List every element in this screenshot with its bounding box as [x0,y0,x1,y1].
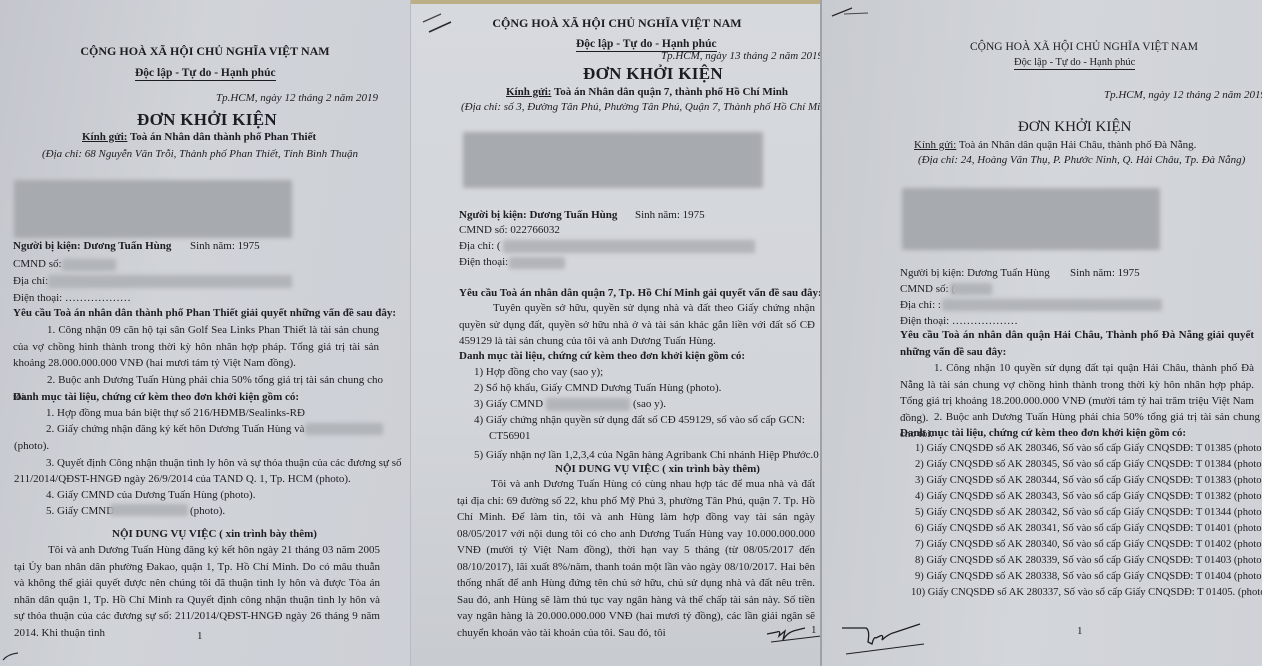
recipient-court: Toà án Nhân dân quận 7, thành phố Hồ Chí… [551,86,788,98]
attachment-item: 6) Giấy CNQSDĐ số AK 280341, Số vào sổ c… [915,521,1262,537]
page-number: 1 [1077,625,1083,637]
attachments-heading: Danh mục tài liệu, chứng cứ kèm theo đơn… [13,389,299,405]
redacted-phone [509,257,565,269]
redacted-cmnd-owner [110,504,188,516]
content-heading: NỘI DUNG VỤ VIỆC ( xin trình bày thêm) [555,461,760,477]
defendant-name: Người bị kiện: Dương Tuấn Hùng [900,265,1050,281]
national-title: CỘNG HOÀ XÃ HỘI CHỦ NGHĨA VIỆT NAM [0,44,410,59]
request-heading: Yêu cầu Toà án nhân dân thành phố Phan T… [13,305,396,321]
pen-mark-icon [2,650,22,662]
content-heading: NỘI DUNG VỤ VIỆC ( xin trình bày thêm) [112,526,317,542]
document-page-hai-chau: CỘNG HOÀ XÃ HỘI CHỦ NGHĨA VIỆT NAM Độc l… [822,0,1262,666]
motto: Độc lập - Tự do - Hạnh phúc [1014,57,1135,70]
recipient-court: Toà án Nhân dân quận Hải Châu, thành phố… [956,139,1196,151]
document-page-quan-7: CỘNG HOÀ XÃ HỘI CHỦ NGHĨA VIỆT NAM Độc l… [410,0,822,666]
attachment-item-suffix: (photo). [190,503,225,519]
court-address: (Địa chỉ: số 3, Đường Tân Phú, Phường Tâ… [461,99,822,115]
redacted-spouse-name [305,423,383,435]
page-edge [411,0,820,4]
attachment-item: 3. Quyết định Công nhận thuận tình ly hô… [46,455,401,471]
recipient-label: Kính gửi: [82,131,127,143]
defendant-id-label: CMND số: ( [900,281,955,297]
defendant-phone: Điện thoại: ……………… [13,290,131,306]
defendant-birth-year: Sinh năm: 1975 [1070,265,1140,281]
attachment-item: 8) Giấy CNQSDĐ số AK 280339, Số vào sổ c… [915,553,1262,569]
request-heading: Yêu cầu Toà án nhân dân quận Hải Châu, T… [900,327,1254,360]
attachment-item-continued: 211/2014/QĐST-HNGĐ ngày 26/9/2014 của TA… [14,471,351,487]
signature-icon [840,620,940,656]
redacted-id [950,283,992,295]
redacted-plaintiff-info [14,180,292,238]
attachments-heading: Danh mục tài liệu, chứng cứ kèm theo đơn… [900,425,1186,441]
motto: Độc lập - Tự do - Hạnh phúc [135,67,276,81]
redacted-address [942,299,1162,311]
redacted-address [503,240,755,253]
attachment-item-continued: (photo). [14,438,49,454]
defendant-phone-label: Điện thoại: [459,254,508,270]
attachment-item: 3) Giấy CMND [474,396,543,412]
attachment-item: 7) Giấy CNQSDĐ số AK 280340, Số vào sổ c… [915,537,1262,553]
document-title: ĐƠN KHỞI KIỆN [583,64,723,84]
case-content: Tôi và anh Dương Tuấn Hùng đăng ký kết h… [14,542,380,641]
defendant-name: Người bị kiện: Dương Tuấn Hùng [459,207,617,223]
attachment-item: 1) Hợp đồng cho vay (sao y); [474,364,603,380]
document-title: ĐƠN KHỞI KIỆN [137,110,277,130]
attachment-item: 2. Giấy chứng nhận đăng ký kết hôn Dương… [46,421,305,437]
defendant-birth-year: Sinh năm: 1975 [635,207,705,223]
pen-mark-icon [830,4,880,20]
attachment-item-suffix: (sao y). [633,396,666,412]
attachment-item: 10) Giấy CNQSDĐ số AK 280337, Số vào sổ … [911,585,1262,601]
recipient: Kính gửi: Toà án Nhân dân quận Hải Châu,… [914,137,1196,153]
recipient: Kính gửi: Toà án Nhân dân quận 7, thành … [506,84,788,100]
recipient-court: Toà án Nhân dân thành phố Phan Thiết [127,131,316,143]
attachment-item: 9) Giấy CNQSDĐ số AK 280338, Số vào sổ c… [915,569,1262,585]
case-content: Tôi và anh Dương Tuấn Hùng có cùng nhau … [457,476,815,641]
attachment-item: 2) Giấy CNQSDĐ số AK 280345, Số vào sổ c… [915,457,1262,473]
national-title: CỘNG HOÀ XÃ HỘI CHỦ NGHĨA VIỆT NAM [970,41,1198,53]
redacted-id [62,259,116,271]
attachment-item: 2) Sổ hộ khẩu, Giấy CMND Dương Tuấn Hùng… [474,380,721,396]
page-number: 1 [197,630,203,642]
document-date: Tp.HCM, ngày 13 tháng 2 năm 2019 [661,50,822,62]
attachment-item: 5. Giấy CMND [46,503,114,519]
document-title: ĐƠN KHỞI KIỆN [1018,119,1131,136]
defendant-id: CMND số: 022766032 [459,222,560,238]
attachments-heading: Danh mục tài liệu, chứng cứ kèm theo đơn… [459,348,745,364]
document-date: Tp.HCM, ngày 12 tháng 2 năm 2019 [216,92,378,104]
redacted-address [48,275,292,288]
attachment-item: 4) Giấy CNQSDĐ số AK 280343, Số vào sổ c… [915,489,1262,505]
national-title: CỘNG HOÀ XÃ HỘI CHỦ NGHĨA VIỆT NAM [411,16,822,31]
attachment-item: 4) Giấy chứng nhận quyền sử dụng đất số … [474,412,805,428]
redacted-cmnd-owner [546,398,630,411]
defendant-address-label: Địa chỉ: [13,273,48,289]
attachment-item: 3) Giấy CNQSDĐ số AK 280344, Số vào sổ c… [915,473,1262,489]
defendant-id-label: CMND số: [13,256,62,272]
attachment-item-continued: CT56901 [489,428,531,444]
request-item-1: 1. Công nhận 09 căn hộ tại sân Golf Sea … [13,322,379,372]
attachment-item: 1. Hợp đồng mua bán biệt thự số 216/HĐMB… [46,405,305,421]
recipient-label: Kính gửi: [506,86,551,98]
redacted-plaintiff-info [902,188,1160,250]
defendant-birth-year: Sinh năm: 1975 [190,238,260,254]
court-address: (Địa chỉ: 24, Hoàng Văn Thụ, P. Phước Ni… [918,152,1245,168]
defendant-address-label: Địa chỉ: ( [459,238,501,254]
document-date: Tp.HCM, ngày 12 tháng 2 năm 2019 [1104,89,1262,101]
attachment-item: 1) Giấy CNQSDĐ số AK 280346, Số vào sổ c… [915,441,1262,457]
motto-wrap: Độc lập - Tự do - Hạnh phúc [135,63,276,81]
defendant-address-label: Địa chỉ: : [900,297,941,313]
defendant-name: Người bị kiện: Dương Tuấn Hùng [13,238,171,254]
recipient-label: Kính gửi: [914,139,956,151]
recipient: Kính gửi: Toà án Nhân dân thành phố Phan… [82,129,316,145]
attachment-item: 5) Giấy CNQSDĐ số AK 280342, Số vào sổ c… [915,505,1262,521]
request-heading: Yêu cầu Toà án nhân dân quận 7, Tp. Hồ C… [459,285,822,301]
page-number: 1 [811,624,817,636]
motto-wrap: Độc lập - Tự do - Hạnh phúc [1014,57,1135,68]
request-item: Tuyên quyền sở hữu, quyền sử dụng nhà và… [459,300,815,350]
redacted-plaintiff-info [463,132,763,188]
attachment-item: 4. Giấy CMND của Dương Tuấn Hùng (photo)… [46,487,255,503]
court-address: (Địa chỉ: 68 Nguyễn Văn Trỗi, Thành phố … [42,146,358,162]
document-page-phan-thiet: CỘNG HOÀ XÃ HỘI CHỦ NGHĨA VIỆT NAM Độc l… [0,0,410,666]
